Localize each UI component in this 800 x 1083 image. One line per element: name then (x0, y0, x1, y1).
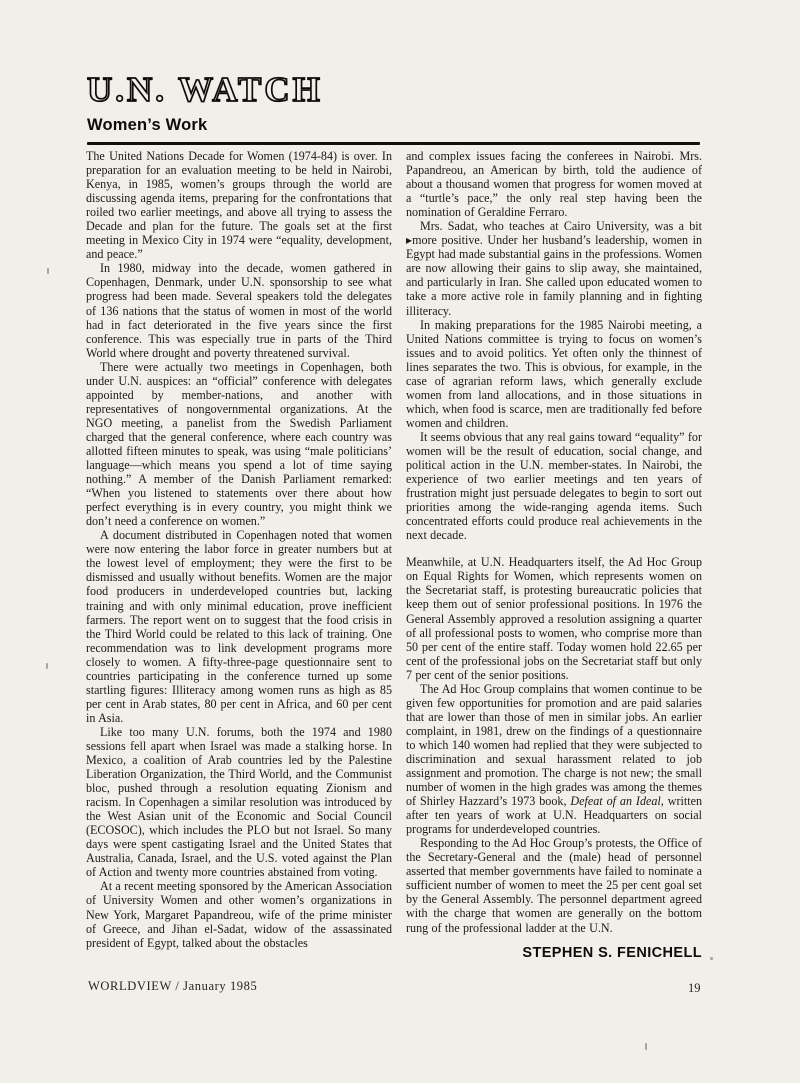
paragraph: The United Nations Decade for Women (197… (86, 149, 392, 261)
text-segment: There were actually two meetings in Cope… (86, 360, 392, 529)
journal-footer: WORLDVIEW / January 1985 (88, 979, 257, 994)
page-number: 19 (688, 981, 701, 996)
article-title: Women’s Work (87, 116, 700, 135)
column-right: and complex issues facing the conferees … (406, 149, 702, 961)
masthead: U.N. WATCH Women’s Work (87, 72, 700, 145)
paragraph: Responding to the Ad Hoc Group’s protest… (406, 836, 702, 934)
text-segment: The Ad Hoc Group complains that women co… (406, 682, 702, 808)
text-segment: In making preparations for the 1985 Nair… (406, 318, 702, 430)
text-segment: In 1980, midway into the decade, women g… (86, 261, 392, 359)
paragraph: Mrs. Sadat, who teaches at Cairo Univers… (406, 219, 702, 317)
paragraph: Like too many U.N. forums, both the 1974… (86, 725, 392, 880)
paragraph: In 1980, midway into the decade, women g… (86, 261, 392, 359)
paragraph: In making preparations for the 1985 Nair… (406, 318, 702, 430)
paragraph: The Ad Hoc Group complains that women co… (406, 682, 702, 837)
paragraph: A document distributed in Copenhagen not… (86, 528, 392, 725)
magazine-page: U.N. WATCH Women’s Work The United Natio… (0, 0, 800, 1083)
scan-speck (47, 268, 49, 274)
text-segment: Mrs. Sadat, who teaches at Cairo Univers… (406, 219, 702, 317)
text-segment: At a recent meeting sponsored by the Ame… (86, 879, 392, 949)
paragraph: There were actually two meetings in Cope… (86, 360, 392, 529)
column-left: The United Nations Decade for Women (197… (86, 149, 392, 961)
paragraph: At a recent meeting sponsored by the Ame… (86, 879, 392, 949)
paragraph: and complex issues facing the conferees … (406, 149, 702, 219)
text-segment: The United Nations Decade for Women (197… (86, 149, 392, 261)
scan-speck (710, 957, 713, 960)
text-segment: Defeat of an Ideal (570, 794, 660, 808)
text-segment: Like too many U.N. forums, both the 1974… (86, 725, 392, 879)
scan-speck (645, 1043, 647, 1050)
scan-speck (46, 663, 48, 669)
text-segment: Responding to the Ad Hoc Group’s protest… (406, 836, 702, 934)
byline: STEPHEN S. FENICHELL (406, 945, 702, 961)
text-segment: Meanwhile, at U.N. Headquarters itself, … (406, 555, 702, 681)
paragraph: It seems obvious that any real gains tow… (406, 430, 702, 542)
paragraph: Meanwhile, at U.N. Headquarters itself, … (406, 555, 702, 681)
section-logo: U.N. WATCH (87, 72, 700, 107)
text-segment: It seems obvious that any real gains tow… (406, 430, 702, 542)
article-body: The United Nations Decade for Women (197… (86, 149, 702, 961)
text-segment: and complex issues facing the conferees … (406, 149, 702, 219)
text-segment: A document distributed in Copenhagen not… (86, 528, 392, 725)
header-rule (87, 142, 700, 145)
